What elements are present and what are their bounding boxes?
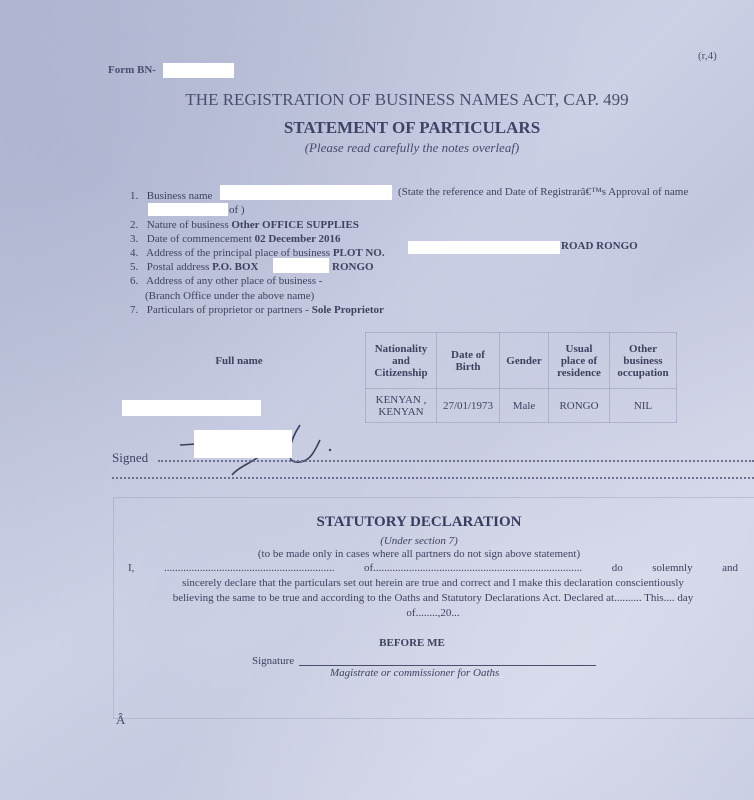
redacted-form-number (163, 63, 234, 78)
item-date-of-commencement: 3. Date of commencement 02 December 2016 (130, 233, 341, 245)
cell-gender: Male (500, 389, 549, 423)
declaration-body: I, .....................................… (128, 561, 738, 621)
item-value: PLOT NO. (333, 247, 385, 259)
header-nationality: Nationality and Citizenship (366, 333, 437, 389)
signed-label: Signed (112, 450, 148, 466)
header-occupation: Other business occupation (610, 333, 677, 389)
item-value: P.O. BOX (212, 261, 258, 273)
item-value: Sole Proprietor (312, 304, 384, 316)
declaration-line-3: believing the same to be true and accord… (128, 591, 738, 606)
table-header-row: Full name Nationality and Citizenship Da… (113, 333, 677, 389)
postal-address-tail: RONGO (332, 261, 374, 273)
cell-occupation: NIL (610, 389, 677, 423)
item-label: Business name (147, 190, 213, 202)
cell-dob: 27/01/1973 (437, 389, 500, 423)
redacted-plot-address (408, 241, 560, 254)
redacted-business-name (220, 185, 392, 200)
item-postal-address: 5. Postal address P.O. BOX (130, 261, 259, 273)
branch-office-note: (Branch Office under the above name) (145, 290, 314, 302)
item-other-place-of-business: 6. Address of any other place of busines… (130, 275, 322, 287)
declaration-line-1: I, .....................................… (128, 561, 738, 576)
item-value: Other OFFICE SUPPLIES (231, 219, 359, 231)
declaration-note: (to be made only in cases where all part… (0, 548, 754, 560)
header-residence: Usual place of residence (549, 333, 610, 389)
header-dob: Date of Birth (437, 333, 500, 389)
signature-label: Signature (252, 655, 294, 667)
header-gender: Gender (500, 333, 549, 389)
declaration-line-2: sincerely declare that the particulars s… (128, 576, 738, 591)
item-number: 3. (130, 233, 144, 245)
business-name-note-cont: of ) (229, 204, 245, 216)
item-label: Postal address (147, 261, 210, 273)
act-title: THE REGISTRATION OF BUSINESS NAMES ACT, … (0, 90, 754, 110)
principal-address-tail: ROAD RONGO (561, 240, 638, 252)
item-label: Date of commencement (147, 233, 252, 245)
statement-title: STATEMENT OF PARTICULARS (0, 118, 754, 138)
declaration-line-4: of........,20... (128, 606, 738, 621)
stray-character: Â (116, 712, 125, 728)
item-number: 6. (130, 275, 144, 287)
redacted-signature (194, 430, 292, 458)
item-number: 1. (130, 190, 144, 202)
redacted-full-name (122, 400, 261, 416)
signature-line (299, 665, 596, 666)
signature-role: Magistrate or commissioner for Oaths (330, 667, 499, 679)
item-principal-address: 4. Address of the principal place of bus… (130, 247, 385, 259)
redacted-po-box (273, 258, 329, 273)
statement-subtitle: (Please read carefully the notes overlea… (0, 140, 754, 156)
signature-dotted-line-2 (112, 477, 754, 479)
cell-residence: RONGO (549, 389, 610, 423)
item-number: 7. (130, 304, 144, 316)
item-business-name: 1. Business name (130, 190, 212, 202)
rule-reference: (r,4) (698, 50, 717, 62)
declaration-section: (Under section 7) (0, 535, 754, 547)
item-value: 02 December 2016 (255, 233, 341, 245)
item-number: 5. (130, 261, 144, 273)
business-name-note: (State the reference and Date of Registr… (398, 186, 688, 198)
item-number: 4. (130, 247, 144, 259)
item-label: Address of any other place of business - (146, 275, 322, 287)
redacted-approval-ref (148, 203, 228, 216)
form-number: Form BN- (108, 64, 156, 76)
before-me-heading: BEFORE ME (0, 637, 754, 649)
item-label: Nature of business (147, 219, 229, 231)
cell-nationality: KENYAN , KENYAN (366, 389, 437, 423)
item-label: Particulars of proprietor or partners - (147, 304, 312, 316)
item-nature-of-business: 2. Nature of business Other OFFICE SUPPL… (130, 219, 359, 231)
declaration-title: STATUTORY DECLARATION (0, 514, 754, 531)
signature-dotted-line (158, 460, 754, 462)
header-full-name: Full name (113, 333, 366, 389)
item-proprietor-particulars: 7. Particulars of proprietor or partners… (130, 304, 384, 316)
item-number: 2. (130, 219, 144, 231)
